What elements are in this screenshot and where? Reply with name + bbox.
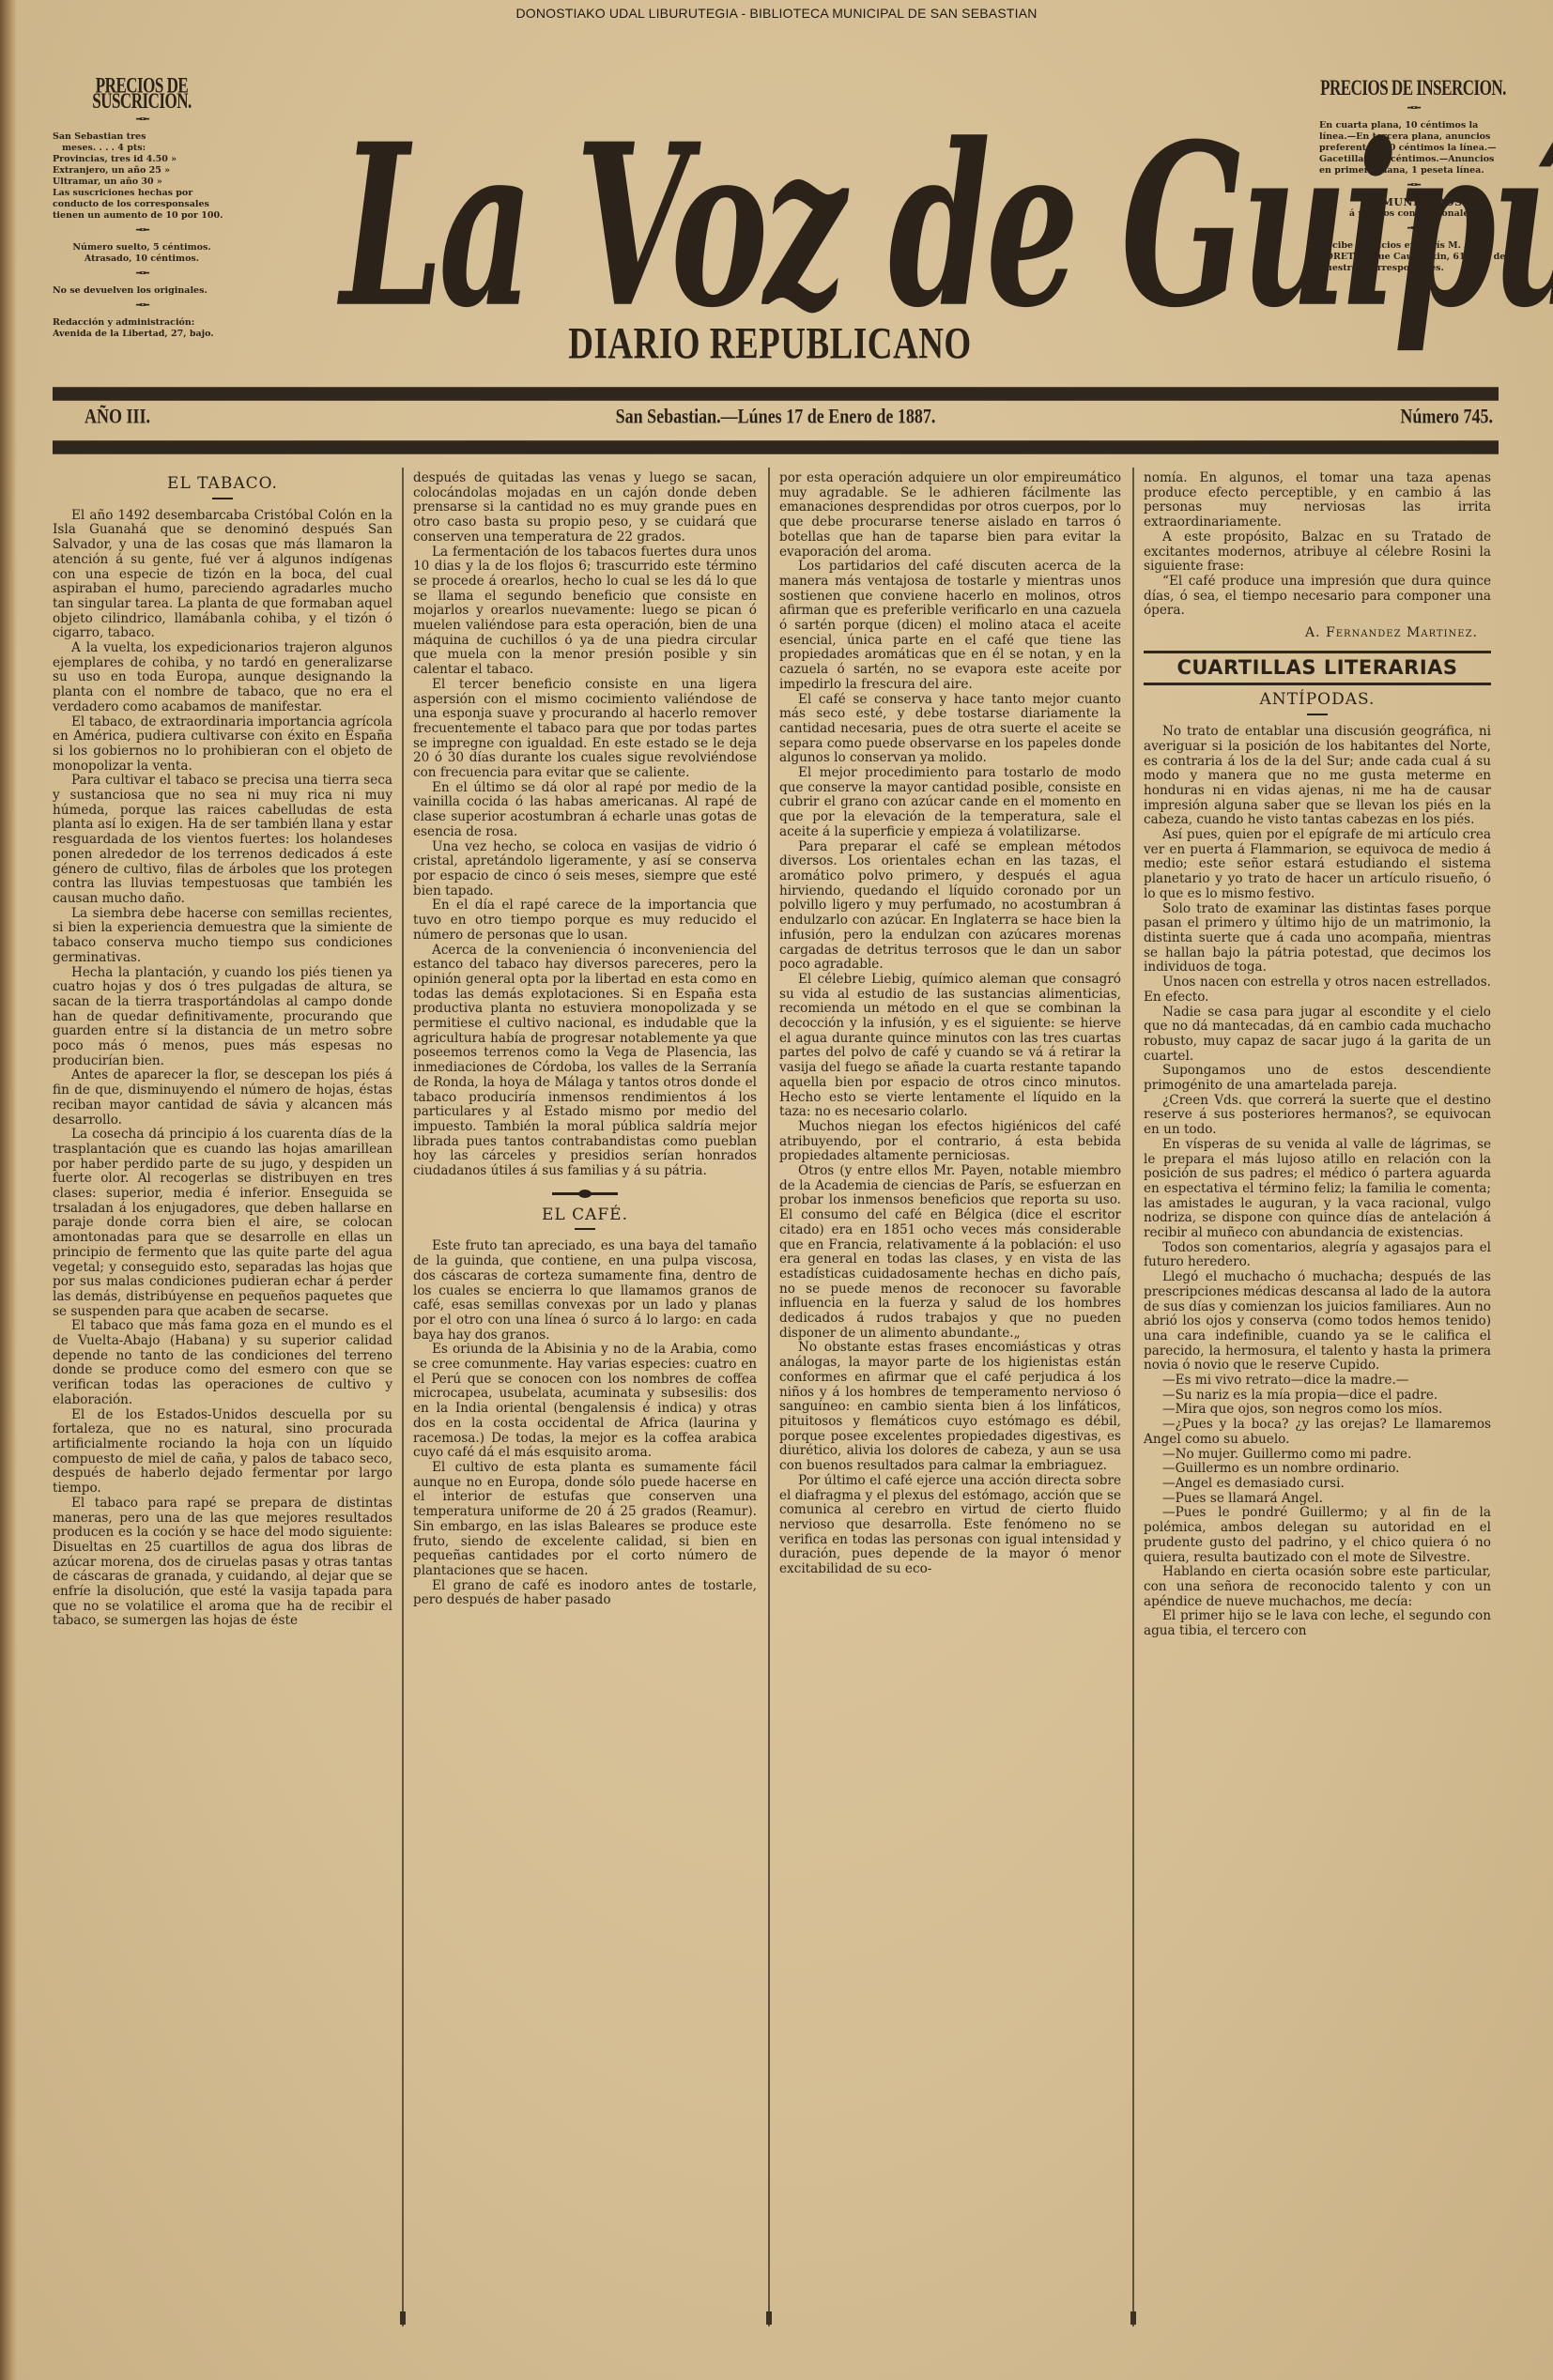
paragraph: Es oriunda de la Abisinia y no de la Ara…	[413, 1343, 757, 1461]
subscription-note: Las suscriciones hechas por conducto de …	[53, 188, 231, 222]
insertion-title: PRECIOS DE INSERCION.	[1319, 81, 1507, 96]
section-rule	[1144, 683, 1491, 685]
paragraph: Hecha la plantación, y cuando los piés t…	[53, 966, 392, 1069]
paragraph: El primer hijo se le lava con leche, el …	[1144, 1609, 1491, 1638]
subscription-line: meses. . . . 4 pts:	[53, 143, 231, 154]
paragraph: Hablando en cierta ocasión sobre este pa…	[1144, 1565, 1491, 1609]
column-rule	[1132, 468, 1134, 2326]
paragraph: El tercer beneficio consiste en una lige…	[413, 678, 757, 781]
dialogue-line: —Es mi vivo retrato—dice la madre.—	[1144, 1374, 1491, 1389]
paragraph: El mejor procedimiento para tostarlo de …	[779, 766, 1121, 840]
paragraph: La siembra debe hacerse con semillas rec…	[53, 907, 392, 966]
column-rule-end	[1130, 2311, 1136, 2325]
paragraph: Para preparar el café se emplean métodos…	[779, 840, 1121, 973]
column-1: EL TABACO. El año 1492 desembarcaba Cris…	[53, 471, 392, 1629]
paragraph: Este fruto tan apreciado, es una baya de…	[413, 1239, 757, 1343]
subscription-line: Ultramar, un año 30 »	[53, 177, 231, 188]
ornament-divider: ━═━	[53, 225, 231, 237]
article-title-cafe: EL CAFÉ.	[413, 1208, 757, 1223]
paragraph: “El café produce una impresión que dura …	[1144, 575, 1491, 619]
paragraph: No obstante estas frases encomiásticas y…	[779, 1341, 1121, 1473]
single-issue-price: Número suelto, 5 céntimos.	[53, 242, 231, 253]
paragraph: El tabaco, de extraordinaria importancia…	[53, 715, 392, 775]
section-title-cuartillas: CUARTILLAS LITERARIAS	[1144, 661, 1491, 676]
ornament-divider	[552, 1192, 618, 1195]
masthead-rule-top	[53, 388, 1499, 400]
paragraph: Llegó el muchacho ó muchacha; después de…	[1144, 1270, 1491, 1374]
ornament-divider: ━═━	[53, 115, 231, 126]
dialogue-line: —Angel es demasiado cursi.	[1144, 1477, 1491, 1492]
column-4: nomía. En algunos, el tomar una taza ape…	[1144, 471, 1491, 1639]
paragraph: El grano de café es inodoro antes de tos…	[413, 1579, 757, 1608]
paragraph: por esta operación adquiere un olor empi…	[779, 471, 1121, 560]
column-3: por esta operación adquiere un olor empi…	[779, 471, 1121, 1577]
ornament-divider: ━═━	[53, 300, 231, 312]
paragraph: La fermentación de los tabacos fuertes d…	[413, 545, 757, 678]
dateline: AÑO III. San Sebastian.—Lúnes 17 de Ener…	[53, 407, 1499, 431]
library-header: DONOSTIAKO UDAL LIBURUTEGIA - BIBLIOTECA…	[0, 6, 1553, 21]
section-rule	[1144, 651, 1491, 653]
paragraph: Muchos niegan los efectos higiénicos del…	[779, 1120, 1121, 1164]
issue-number: Número 745.	[1400, 404, 1493, 428]
column-rule-end	[400, 2311, 406, 2325]
column-rule-end	[766, 2311, 772, 2325]
ornament-divider: ━═━	[53, 269, 231, 280]
paragraph: No trato de entablar una discusión geogr…	[1144, 725, 1491, 828]
paragraph: Una vez hecho, se coloca en vasijas de v…	[413, 840, 757, 899]
subscription-line: San Sebastian tres	[53, 131, 231, 143]
paragraph: nomía. En algunos, el tomar una taza ape…	[1144, 471, 1491, 530]
column-rule	[768, 468, 770, 2326]
subscription-title: PRECIOS DE SUSCRICION.	[53, 79, 231, 109]
dialogue-line: —Guillermo es un nombre ordinario.	[1144, 1462, 1491, 1477]
paragraph: El café se conserva y hace tanto mejor c…	[779, 693, 1121, 767]
paragraph: El célebre Liebig, químico aleman que co…	[779, 973, 1121, 1120]
paragraph: El tabaco que más fama goza en el mundo …	[53, 1319, 392, 1407]
paragraph: Así pues, quien por el epígrafe de mi ar…	[1144, 828, 1491, 902]
article-title-antipodas: ANTÍPODAS.	[1144, 693, 1491, 708]
dialogue-line: —¿Pues y la boca? ¿y las orejas? Le llam…	[1144, 1418, 1491, 1447]
paragraph: Nadie se casa para jugar al escondite y …	[1144, 1006, 1491, 1065]
masthead-subtitle: DIARIO REPUBLICANO	[376, 318, 1164, 371]
paragraph: Los partidarios del café discuten acerca…	[779, 560, 1121, 692]
title-dash	[212, 498, 233, 499]
author-signature: A. Fernandez Martinez.	[1144, 626, 1478, 641]
paragraph: Por último el café ejerce una acción dir…	[779, 1474, 1121, 1577]
dialogue-line: —Mira que ojos, son negros como los míos…	[1144, 1403, 1491, 1418]
paragraph: Unos nacen con estrella y otros nacen es…	[1144, 975, 1491, 1005]
newspaper-page: DONOSTIAKO UDAL LIBURUTEGIA - BIBLIOTECA…	[0, 0, 1553, 2380]
dialogue-line: —Su nariz es la mía propia—dice el padre…	[1144, 1389, 1491, 1404]
paragraph: Para cultivar el tabaco se precisa una t…	[53, 774, 392, 906]
editorial-address: Redacción y administración: Avenida de l…	[53, 317, 231, 340]
page-edge-shadow	[0, 0, 17, 2380]
paragraph: La cosecha dá principio á los cuarenta d…	[53, 1128, 392, 1319]
column-rule	[402, 468, 404, 2326]
paragraph: El tabaco para rapé se prepara de distin…	[53, 1497, 392, 1629]
subscription-prices-box: PRECIOS DE SUSCRICION. ━═━ San Sebastian…	[53, 77, 231, 340]
paragraph: después de quitadas las venas y luego se…	[413, 471, 757, 545]
back-issue-price: Atrasado, 10 céntimos.	[53, 253, 231, 265]
paragraph: Supongamos uno de estos descendiente pri…	[1144, 1064, 1491, 1093]
paragraph: A este propósito, Balzac en su Tratado d…	[1144, 530, 1491, 575]
paragraph: El de los Estados-Unidos descuella por s…	[53, 1408, 392, 1497]
paragraph: Otros (y entre ellos Mr. Payen, notable …	[779, 1164, 1121, 1341]
paragraph: En el día el rapé carece de la importanc…	[413, 898, 757, 943]
paragraph: A la vuelta, los expedicionarios trajero…	[53, 641, 392, 715]
originals-note: No se devuelven los originales.	[53, 285, 231, 297]
article-title-tabaco: EL TABACO.	[53, 477, 392, 492]
subscription-line: Provincias, tres id 4.50 »	[53, 154, 231, 165]
dialogue-line: —Pues se llamará Angel.	[1144, 1492, 1491, 1507]
title-dash	[1307, 714, 1328, 715]
title-dash	[575, 1228, 595, 1230]
issue-date: San Sebastian.—Lúnes 17 de Enero de 1887…	[53, 404, 1499, 428]
subscription-line: Extranjero, un año 25 »	[53, 165, 231, 177]
paragraph: El cultivo de esta planta es sumamente f…	[413, 1461, 757, 1579]
paragraph: En vísperas de su venida al valle de lág…	[1144, 1138, 1491, 1241]
column-2: después de quitadas las venas y luego se…	[413, 471, 757, 1608]
paragraph: Solo trato de examinar las distintas fas…	[1144, 902, 1491, 976]
paragraph: Antes de aparecer la flor, se descepan l…	[53, 1068, 392, 1128]
paragraph: Todos son comentarios, alegría y agasajo…	[1144, 1241, 1491, 1270]
masthead-rule-bottom	[53, 441, 1499, 453]
dialogue-line: —No mujer. Guillermo como mi padre.	[1144, 1448, 1491, 1463]
paragraph: El año 1492 desembarcaba Cristóbal Colón…	[53, 509, 392, 641]
paragraph: ¿Creen Vds. que correrá la suerte que el…	[1144, 1094, 1491, 1138]
paragraph: En el último se dá olor al rapé por medi…	[413, 781, 757, 840]
paragraph: Acerca de la conveniencia ó inconvenienc…	[413, 944, 757, 1179]
dialogue-line: —Pues le pondré Guillermo; y al fin de l…	[1144, 1506, 1491, 1565]
